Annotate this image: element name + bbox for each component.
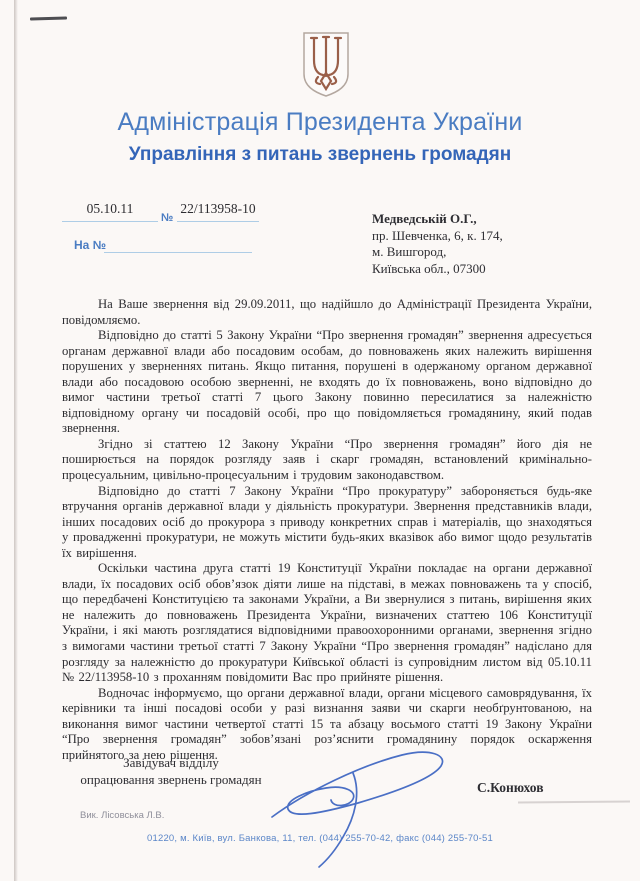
signer-position-line: Завідувач відділу [64,755,278,772]
letter-number: 22/113958-10 [177,201,259,222]
scan-smudge-line [518,801,630,804]
reply-to-number-blank-line [104,237,252,253]
reply-to-number-label: На № [74,238,106,252]
department-title: Управління з питань звернень громадян [0,144,640,166]
scan-mark-dash [30,17,67,21]
body-paragraph: Відповідно до статті 7 Закону України “П… [62,484,592,562]
executor-note: Вик. Лісовська Л.В. [80,810,164,821]
body-paragraph: Згідно зі статтею 12 Закону України “Про… [62,437,592,484]
scanned-letter-page: Адміністрація Президента України Управлі… [0,0,640,881]
recipient-address-line: пр. Шевченка, 6, к. 174, [372,228,503,245]
ukraine-trident-emblem-icon [300,30,352,98]
signer-position-line: опрацювання звернень громадян [64,772,278,789]
handwritten-signature-icon [262,731,462,874]
organization-title: Адміністрація Президента України [0,108,640,137]
recipient-address-line: Київська обл., 07300 [372,261,503,278]
signer-position: Завідувач відділу опрацювання звернень г… [64,755,278,788]
body-paragraph: Відповідно до статті 5 Закону України “П… [62,328,592,437]
signer-name: С.Конюхов [477,780,544,796]
body-paragraph: Оскільки частина друга статті 19 Констит… [62,561,592,685]
recipient-address-line: м. Вишгород, [372,244,503,261]
recipient-name: Медведській О.Г., [372,211,503,228]
letter-body: На Ваше звернення від 29.09.2011, що над… [62,297,592,763]
recipient-address-block: Медведській О.Г., пр. Шевченка, 6, к. 17… [372,211,503,277]
letter-date: 05.10.11 [62,201,158,222]
body-paragraph: На Ваше звернення від 29.09.2011, що над… [62,297,592,328]
number-label: № [161,212,173,224]
